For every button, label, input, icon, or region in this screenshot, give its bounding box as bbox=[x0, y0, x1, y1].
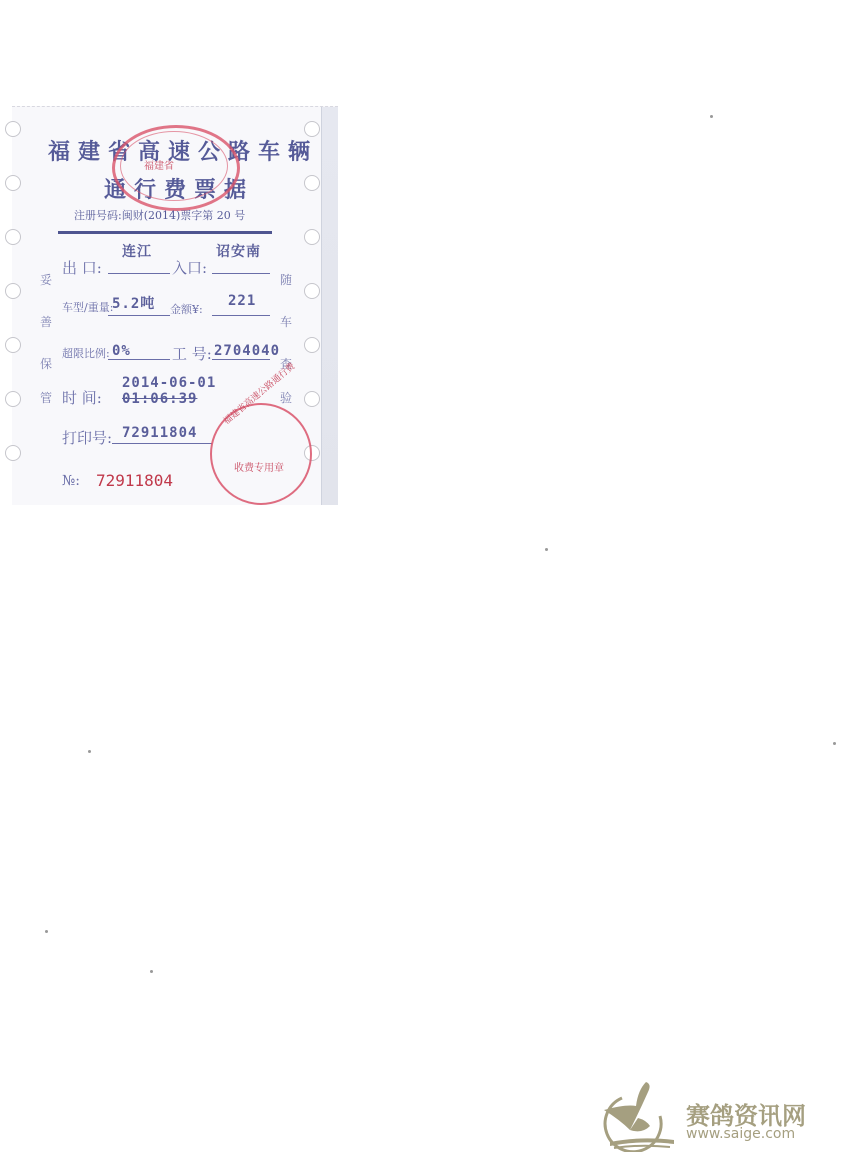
worker-id-value: 2704040 bbox=[214, 343, 280, 359]
vehicle-weight-value: 5.2吨 bbox=[112, 293, 155, 313]
punch-hole bbox=[5, 175, 21, 191]
serial-number-label: №: bbox=[62, 473, 80, 489]
punch-hole bbox=[5, 229, 21, 245]
field-underline bbox=[108, 315, 170, 316]
header-divider bbox=[58, 231, 272, 234]
scan-speck bbox=[710, 115, 713, 118]
date-value: 2014-06-01 bbox=[122, 375, 216, 391]
time-value: 01:06:39 bbox=[122, 391, 197, 407]
side-char: 保 bbox=[40, 355, 52, 372]
punch-hole bbox=[304, 391, 320, 407]
watermark-url: www.saige.com bbox=[686, 1126, 795, 1142]
exit-label: 出 口: bbox=[62, 257, 102, 278]
time-label: 时 间: bbox=[62, 387, 102, 408]
overlimit-value: 0% bbox=[112, 343, 131, 359]
side-char: 妥 bbox=[40, 271, 52, 288]
side-char: 管 bbox=[40, 389, 52, 406]
worker-id-label: 工 号: bbox=[172, 343, 212, 364]
punch-hole bbox=[5, 337, 21, 353]
scan-speck bbox=[150, 970, 153, 973]
field-underline bbox=[212, 359, 270, 360]
punch-hole bbox=[5, 391, 21, 407]
field-underline bbox=[112, 443, 212, 444]
watermark-logo: 赛鸽资讯网 www.saige.com bbox=[600, 1080, 810, 1155]
punch-hole bbox=[5, 445, 21, 461]
amount-label: 金额¥: bbox=[170, 301, 203, 317]
perforated-edge bbox=[321, 107, 338, 505]
field-underline bbox=[212, 273, 270, 274]
exit-value: 连江 bbox=[122, 241, 152, 261]
toll-receipt: 福建省高速公路车辆 通行费票据 福建省 注册号码:闽财(2014)票字第 20 … bbox=[12, 106, 338, 505]
pigeon-logo-icon bbox=[600, 1080, 680, 1152]
scan-speck bbox=[45, 930, 48, 933]
side-char: 车 bbox=[280, 313, 292, 330]
print-number-label: 打印号: bbox=[62, 427, 112, 448]
print-number-value: 72911804 bbox=[122, 425, 197, 441]
field-underline bbox=[108, 273, 170, 274]
amount-value: 221 bbox=[228, 293, 256, 309]
punch-hole bbox=[304, 175, 320, 191]
serial-number-value: 72911804 bbox=[96, 471, 173, 490]
overlimit-label: 超限比例: bbox=[62, 345, 110, 361]
side-char: 随 bbox=[280, 271, 292, 288]
entry-value: 诏安南 bbox=[216, 241, 261, 261]
field-underline bbox=[212, 315, 270, 316]
punch-hole bbox=[5, 283, 21, 299]
seal-center-text: 福建省 bbox=[144, 157, 174, 172]
registration-number: 注册号码:闽财(2014)票字第 20 号 bbox=[74, 207, 245, 223]
side-char: 善 bbox=[40, 313, 52, 330]
field-underline bbox=[108, 359, 170, 360]
side-char: 验 bbox=[280, 389, 292, 406]
oval-seal-inner-ring bbox=[120, 131, 228, 201]
scan-speck bbox=[833, 742, 836, 745]
vehicle-weight-label: 车型/重量: bbox=[62, 299, 113, 315]
scan-speck bbox=[88, 750, 91, 753]
punch-hole bbox=[304, 229, 320, 245]
punch-hole bbox=[5, 121, 21, 137]
punch-hole bbox=[304, 337, 320, 353]
punch-hole bbox=[304, 283, 320, 299]
seal-center-text: 收费专用章 bbox=[234, 459, 284, 474]
entry-label: 入口: bbox=[172, 257, 207, 278]
scan-speck bbox=[545, 548, 548, 551]
